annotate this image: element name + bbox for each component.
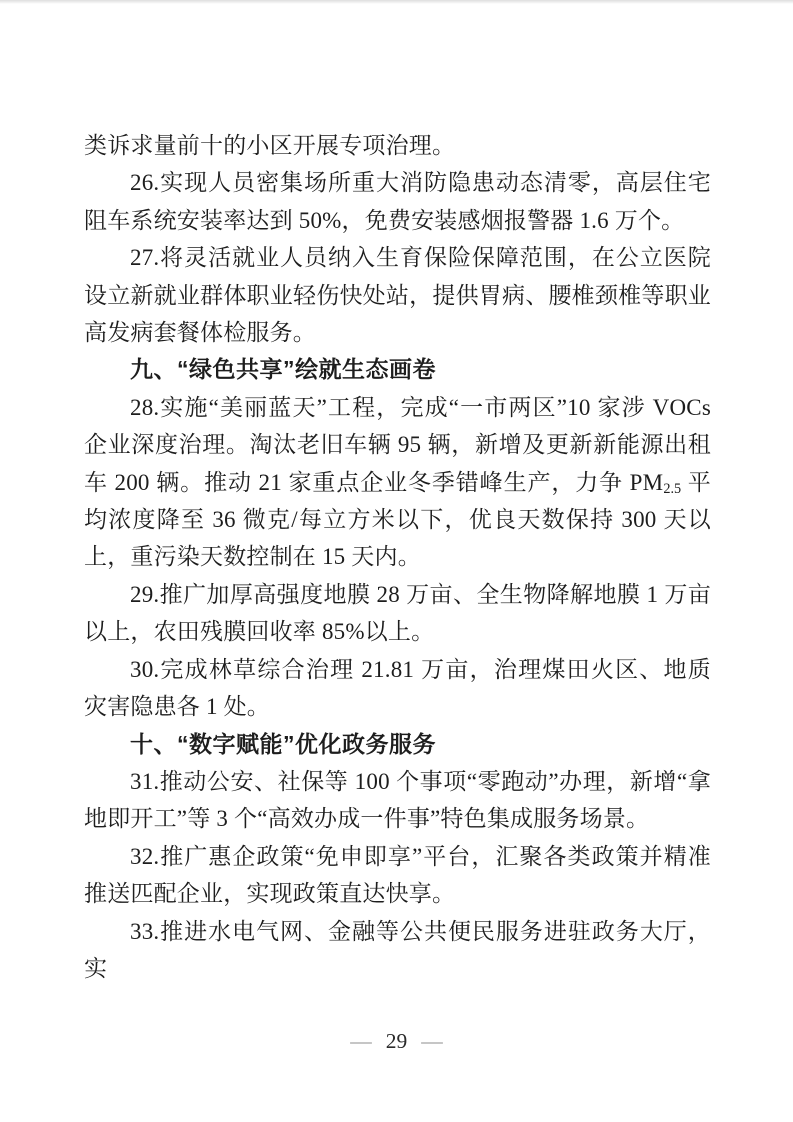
paragraph: 29.推广加厚高强度地膜 28 万亩、全生物降解地膜 1 万亩以上，农田残膜回收…	[84, 576, 711, 651]
paragraph: 32.推广惠企政策“免申即享”平台，汇聚各类政策并精准推送匹配企业，实现政策直达…	[84, 838, 711, 913]
section-heading: 十、“数字赋能”优化政务服务	[84, 726, 711, 763]
document-body: 类诉求量前十的小区开展专项治理。26.实现人员密集场所重大消防隐患动态清零，高层…	[84, 127, 711, 987]
text-run: 33.推进水电气网、金融等公共便民服务进驻政务大厅，实	[84, 919, 711, 981]
text-run: 类诉求量前十的小区开展专项治理。	[84, 133, 455, 158]
section-heading: 九、“绿色共享”绘就生态画卷	[84, 351, 711, 388]
text-run: 28.实施“美丽蓝天”工程，完成“一市两区”10 家涉 VOCs 企业深度治理。…	[84, 395, 711, 495]
paragraph: 类诉求量前十的小区开展专项治理。	[84, 127, 711, 164]
scan-edge-shadow	[0, 0, 793, 4]
paragraph: 28.实施“美丽蓝天”工程，完成“一市两区”10 家涉 VOCs 企业深度治理。…	[84, 389, 711, 576]
text-run: 30.完成林草综合治理 21.81 万亩，治理煤田火区、地质灾害隐患各 1 处。	[84, 657, 711, 719]
page-number-dash-right: —	[421, 1029, 443, 1053]
paragraph: 27.将灵活就业人员纳入生育保险保障范围，在公立医院设立新就业群体职业轻伤快处站…	[84, 239, 711, 351]
text-run: 32.推广惠企政策“免申即享”平台，汇聚各类政策并精准推送匹配企业，实现政策直达…	[84, 844, 711, 906]
text-run: 27.将灵活就业人员纳入生育保险保障范围，在公立医院设立新就业群体职业轻伤快处站…	[84, 245, 711, 345]
text-run: 31.推动公安、社保等 100 个事项“零跑动”办理，新增“拿地即开工”等 3 …	[84, 769, 711, 831]
page-number-dash-left: —	[350, 1029, 372, 1053]
subscript-text-run: 2.5	[663, 481, 681, 497]
text-run: 26.实现人员密集场所重大消防隐患动态清零，高层住宅阻车系统安装率达到 50%，…	[84, 170, 711, 232]
page-number: 29	[386, 1029, 408, 1053]
text-run: 十、“数字赋能”优化政务服务	[130, 731, 436, 757]
paragraph: 31.推动公安、社保等 100 个事项“零跑动”办理，新增“拿地即开工”等 3 …	[84, 763, 711, 838]
page-footer: —29—	[0, 1029, 793, 1054]
text-run: 九、“绿色共享”绘就生态画卷	[130, 356, 436, 382]
paragraph: 33.推进水电气网、金融等公共便民服务进驻政务大厅，实	[84, 913, 711, 988]
paragraph: 30.完成林草综合治理 21.81 万亩，治理煤田火区、地质灾害隐患各 1 处。	[84, 651, 711, 726]
paragraph: 26.实现人员密集场所重大消防隐患动态清零，高层住宅阻车系统安装率达到 50%，…	[84, 164, 711, 239]
document-page: 类诉求量前十的小区开展专项治理。26.实现人员密集场所重大消防隐患动态清零，高层…	[0, 0, 793, 1122]
text-run: 29.推广加厚高强度地膜 28 万亩、全生物降解地膜 1 万亩以上，农田残膜回收…	[84, 582, 711, 644]
